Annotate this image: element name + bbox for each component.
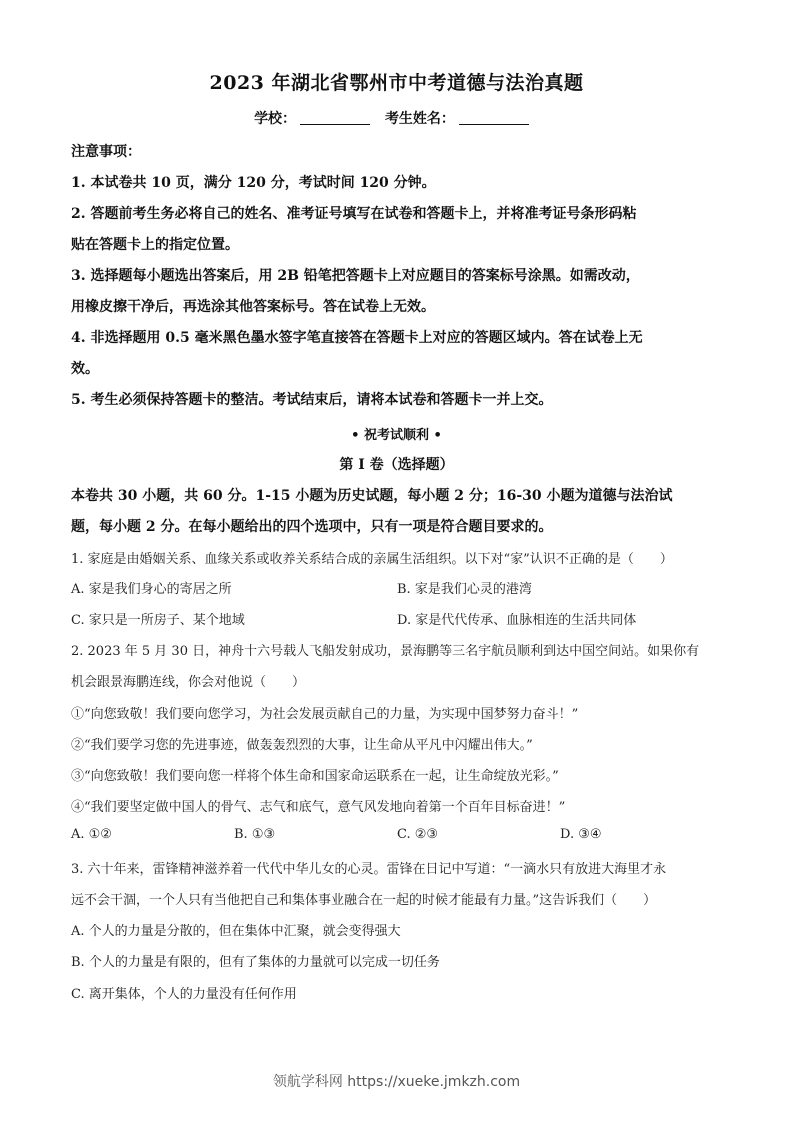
question-2-statement: ④“我们要坚定做中国人的骨气、志气和底气，意气风发地向着第一个百年目标奋进！” [71,796,723,815]
question-2-option-d: D. ③④ [560,827,602,842]
notice-item: 3. 选择题每小题选出答案后，用 2B 铅笔把答题卡上对应题目的答案标号涂黑。如… [71,265,723,285]
notice-heading: 注意事项： [71,141,723,161]
question-2-option-c: C. ②③ [397,827,438,842]
question-2-statement: ②“我们要学习您的先进事迹，做轰轰烈烈的大事，让生命从平凡中闪耀出伟大。” [71,734,723,753]
section-intro: 本卷共 30 小题，共 60 分。1-15 小题为历史试题，每小题 2 分；16… [71,485,723,505]
page-title: 2023 年湖北省鄂州市中考道德与法治真题 [0,68,793,95]
school-label: 学校： [254,111,296,127]
section-title: 第 I 卷（选择题） [0,454,793,474]
notice-item: 2. 答题前考生务必将自己的姓名、准考证号填写在试卷和答题卡上，并将准考证号条形… [71,203,723,223]
question-2-option-b: B. ①③ [234,827,275,842]
notice-item: 贴在答题卡上的指定位置。 [71,234,723,254]
name-label: 考生姓名： [385,111,455,127]
student-info-line: 学校： 考生姓名： [0,108,793,128]
question-1-option-b: B. 家是我们心灵的港湾 [397,578,532,597]
question-1-option-d: D. 家是代代传承、血脉相连的生活共同体 [397,609,636,628]
question-3-option-b: B. 个人的力量是有限的，但有了集体的力量就可以完成一切任务 [71,951,440,970]
question-3-option-a: A. 个人的力量是分散的，但在集体中汇聚，就会变得强大 [71,920,401,939]
section-intro: 题，每小题 2 分。在每小题给出的四个选项中，只有一项是符合题目要求的。 [71,516,723,536]
school-blank [300,110,370,125]
notice-item: 用橡皮擦干净后，再选涂其他答案标号。答在试卷上无效。 [71,296,723,316]
exam-page: 2023 年湖北省鄂州市中考道德与法治真题 学校： 考生姓名： 注意事项： 1.… [0,0,793,1122]
question-2-stem: 机会跟景海鹏连线，你会对他说（ ） [71,671,723,690]
question-3-option-c: C. 离开集体，个人的力量没有任何作用 [71,983,297,1002]
footer-watermark: 领航学科网 https://xueke.jmkzh.com [0,1071,793,1091]
question-3-stem: 远不会干涸，一个人只有当他把自己和集体事业融合在一起的时候才能最有力量。”这告诉… [71,889,723,908]
notice-item: 4. 非选择题用 0.5 毫米黑色墨水签字笔直接答在答题卡上对应的答题区域内。答… [71,327,723,347]
question-2-statement: ①“向您致敬！我们要向您学习，为社会发展贡献自己的力量，为实现中国梦努力奋斗！” [71,703,723,722]
question-2-stem: 2. 2023 年 5 月 30 日，神舟十六号载人飞船发射成功，景海鹏等三名宇… [71,640,723,659]
name-blank [459,110,529,125]
notice-item: 5. 考生必须保持答题卡的整洁。考试结束后，请将本试卷和答题卡一并上交。 [71,389,723,409]
question-3-stem: 3. 六十年来，雷锋精神滋养着一代代中华儿女的心灵。雷锋在日记中写道：“一滴水只… [71,858,723,877]
wish-text: • 祝考试顺利 • [0,424,793,443]
notice-item: 1. 本试卷共 10 页，满分 120 分，考试时间 120 分钟。 [71,172,723,192]
question-2-statement: ③“向您致敬！我们要向您一样将个体生命和国家命运联系在一起，让生命绽放光彩。” [71,765,723,784]
question-2-option-a: A. ①② [71,827,112,842]
question-1-option-a: A. 家是我们身心的寄居之所 [71,578,232,597]
notice-item: 效。 [71,358,723,378]
question-1-option-c: C. 家只是一所房子、某个地域 [71,609,245,628]
question-1-stem: 1. 家庭是由婚姻关系、血缘关系或收养关系结合成的亲属生活组织。以下对“家”认识… [71,548,723,567]
